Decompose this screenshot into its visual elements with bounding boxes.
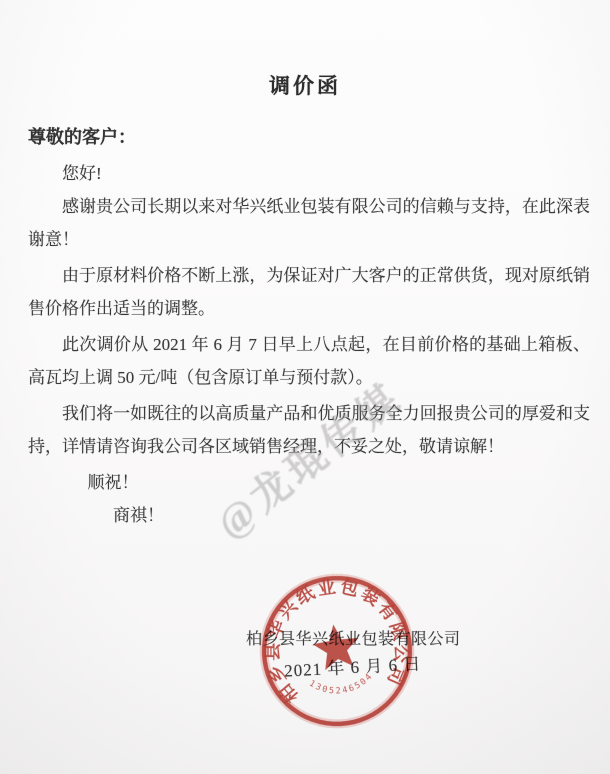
letter-title: 调价函 <box>0 70 610 100</box>
stamp-bottom-number: 1305246504 <box>306 670 377 701</box>
letter-page: 调价函 尊敬的客户： 您好! 感谢贵公司长期以来对华兴纸业包装有限公司的信赖与支… <box>0 0 610 774</box>
closing-wish: 顺祝！ <box>28 466 590 499</box>
paragraph-reason: 由于原材料价格不断上涨，为保证对广大客户的正常供货，现对原纸销售价格作出适当的调… <box>28 259 590 325</box>
closing-regards: 商祺！ <box>28 499 590 532</box>
letter-body: 尊敬的客户： 您好! 感谢贵公司长期以来对华兴纸业包装有限公司的信赖与支持，在此… <box>28 121 590 532</box>
paragraph-adjustment: 此次调价从 2021 年 6 月 7 日早上八点起，在目前价格的基础上箱板、高瓦… <box>28 328 590 394</box>
salutation: 尊敬的客户： <box>28 121 590 154</box>
paragraph-thanks: 感谢贵公司长期以来对华兴纸业包装有限公司的信赖与支持，在此深表谢意！ <box>28 190 590 256</box>
paragraph-promise: 我们将一如既往的以高质量产品和优质服务全力回报贵公司的厚爱和支持，详情请咨询我公… <box>28 397 590 463</box>
stamp-star-icon <box>310 621 362 671</box>
company-seal-stamp: 柏乡县华兴纸业包装有限公司 1305246504 <box>246 560 429 743</box>
greeting: 您好! <box>28 157 590 190</box>
stamp-number-holder: 1305246504 <box>306 670 377 701</box>
